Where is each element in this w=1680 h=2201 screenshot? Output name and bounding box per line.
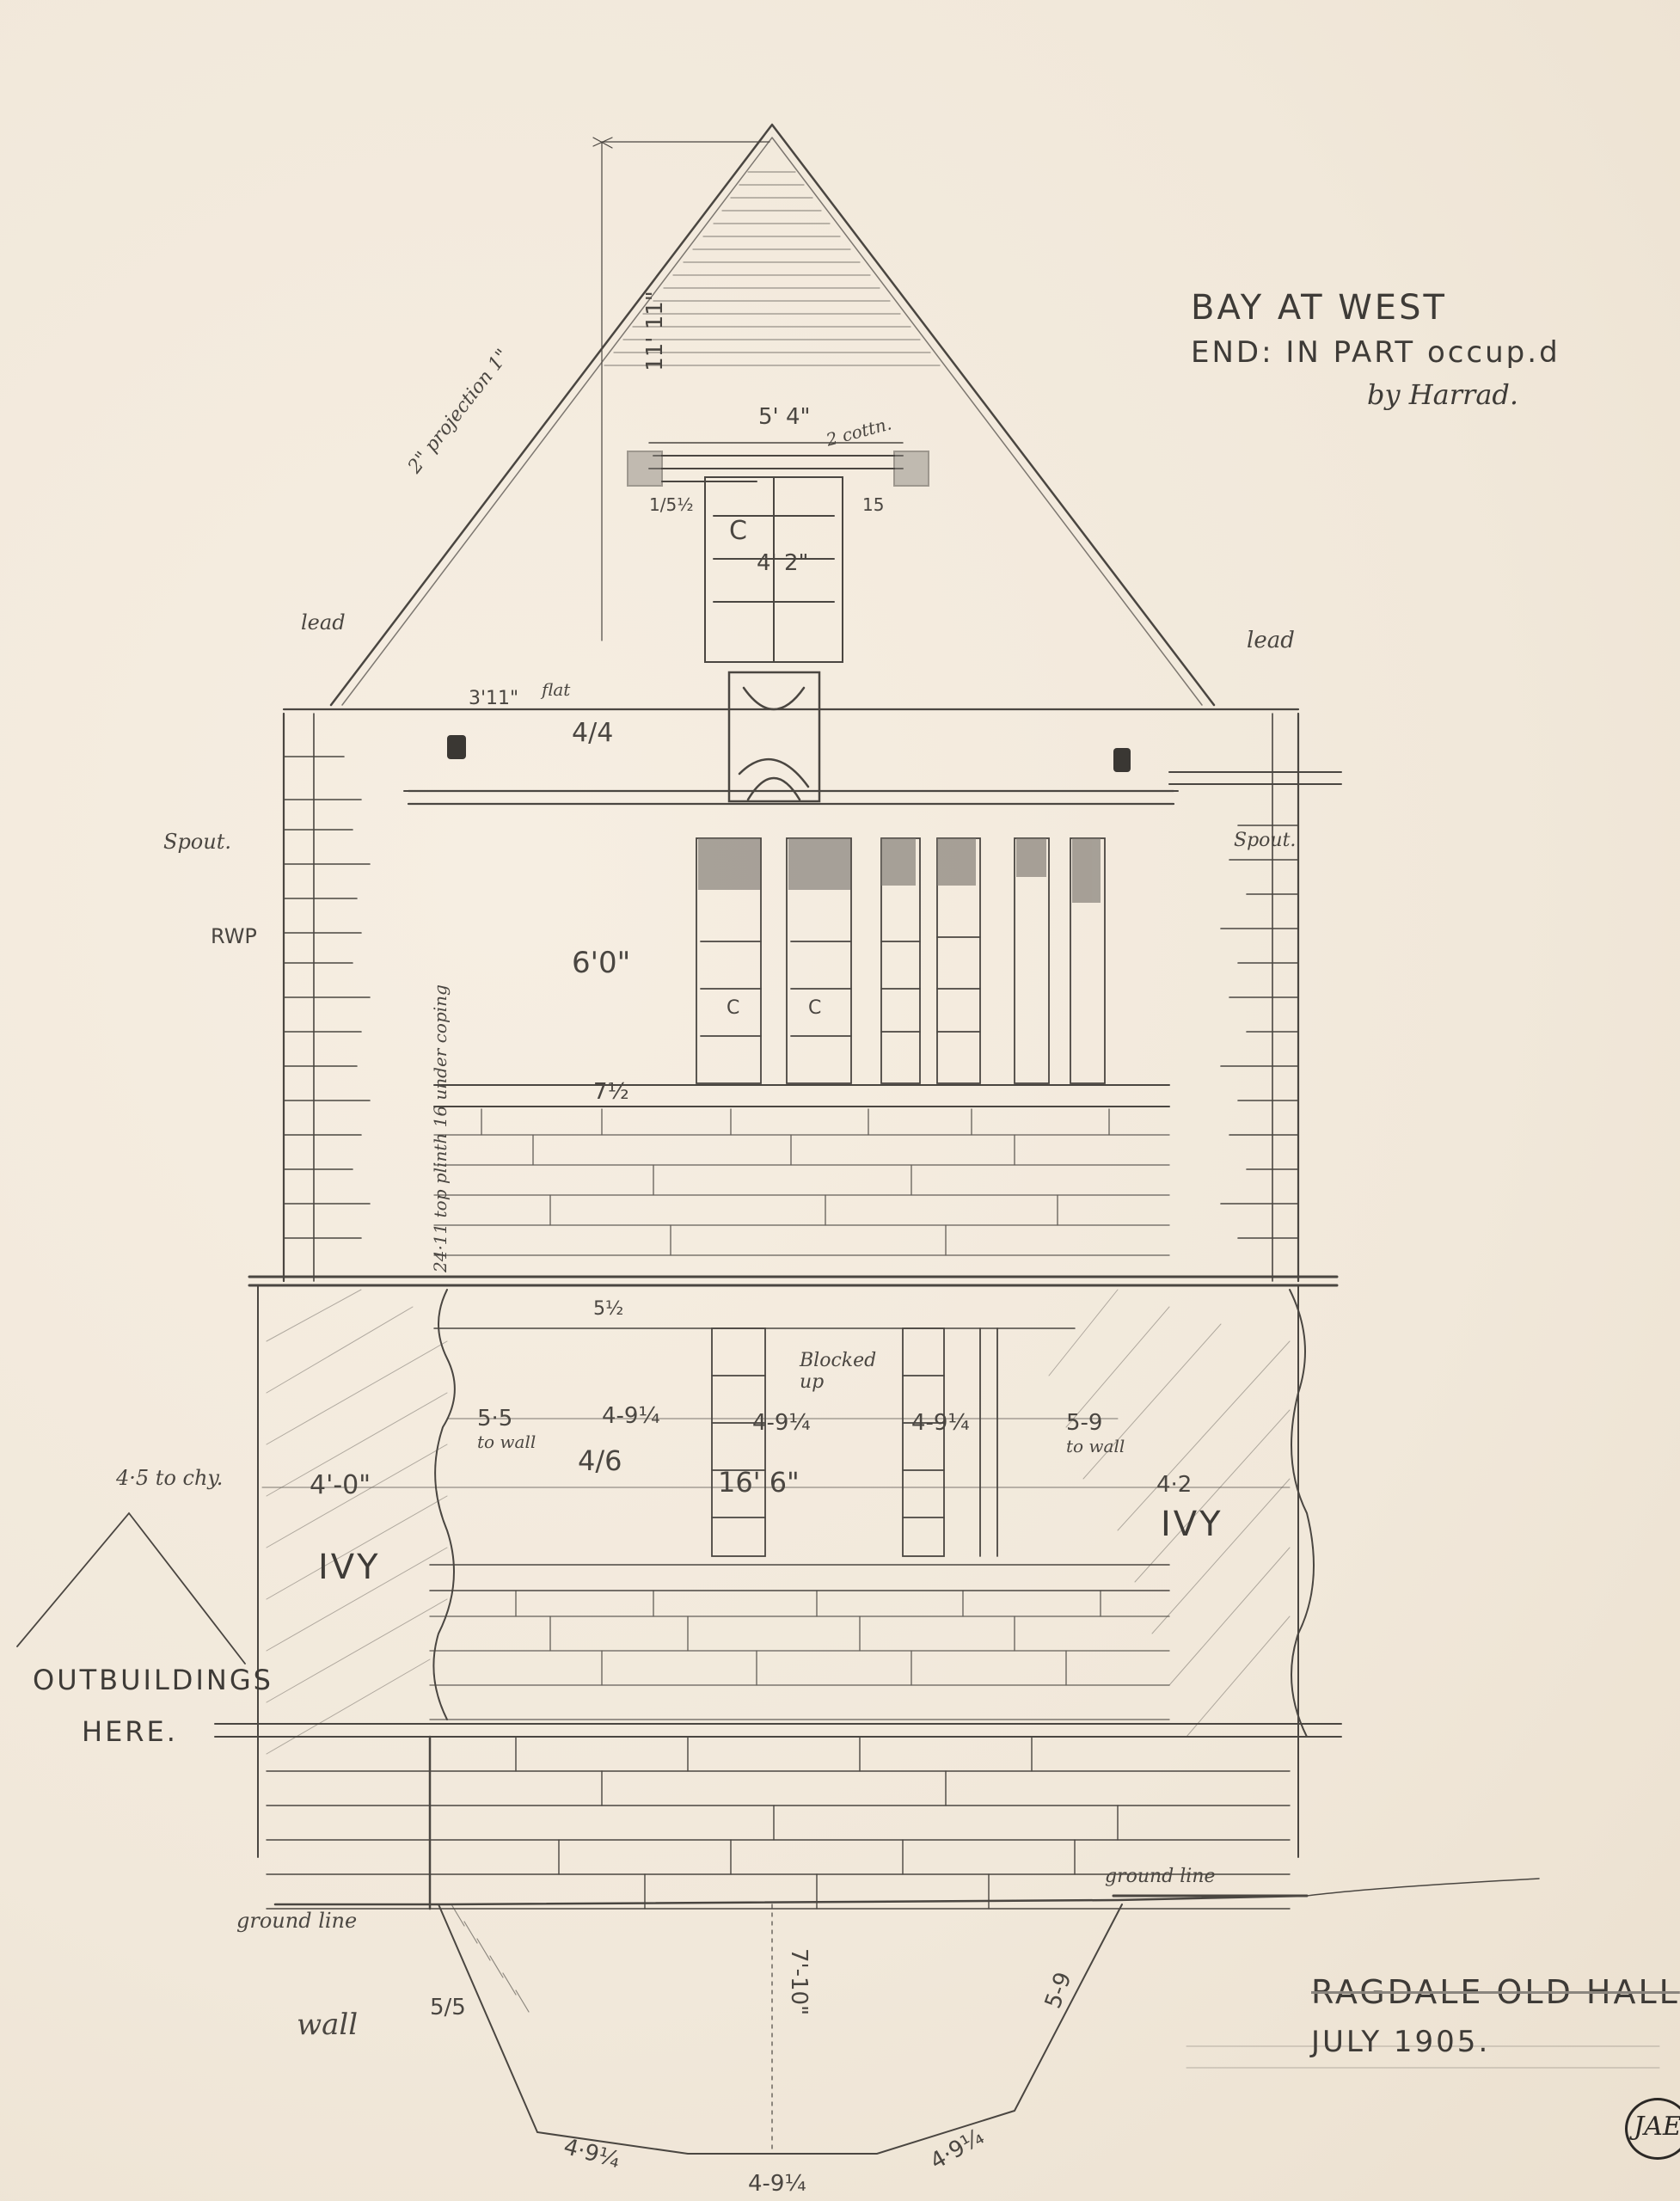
blocked-up-label: Blocked up bbox=[800, 1350, 860, 1393]
ivy-right-label: IVY bbox=[1161, 1505, 1223, 1544]
lower-span-1-dim: 5·5 bbox=[477, 1406, 512, 1432]
upper-height-dim: 6'0" bbox=[572, 946, 630, 980]
lead-left-label: lead bbox=[301, 610, 346, 635]
right-quoins bbox=[1221, 714, 1298, 1281]
bay-depth-dim: 7'-10" bbox=[786, 1948, 812, 2015]
to-chimney-label: 4·5 to chy. bbox=[116, 1466, 223, 1490]
parapet-dim: 4/4 bbox=[572, 718, 613, 748]
ivy-left-edge bbox=[433, 1290, 455, 1720]
ground-line-right-label: ground line bbox=[1105, 1866, 1216, 1887]
window-c-dormer: C bbox=[729, 516, 747, 546]
dormer-width-dim: 5' 4" bbox=[758, 404, 810, 430]
place-name: RAGDALE OLD HALL bbox=[1311, 1973, 1680, 2011]
dormer-inner-dim: 4' 2" bbox=[757, 550, 808, 576]
dormer-jamb-dim: 3'11" bbox=[469, 688, 518, 709]
rwp-label: RWP bbox=[211, 924, 257, 948]
lower-span-2-dim: 4-9¼ bbox=[602, 1403, 660, 1429]
dormer-side-right-dim: 15 bbox=[862, 494, 884, 515]
outbuildings-label: OUTBUILDINGS bbox=[33, 1664, 273, 1696]
lead-right-label: lead bbox=[1247, 628, 1295, 653]
drawing-date: JULY 1905. bbox=[1311, 2025, 1490, 2059]
ivy-right-edge bbox=[1290, 1290, 1314, 1737]
upper-sill-dim: 7½ bbox=[593, 1079, 629, 1105]
heading-line-3: by Harrad. bbox=[1367, 378, 1518, 411]
spout-left-label: Spout. bbox=[163, 830, 231, 854]
outbuildings-here-label: HERE. bbox=[82, 1715, 178, 1748]
plinth-mark-dim: 5½ bbox=[593, 1298, 623, 1320]
left-ivy-width-dim: 4'-0" bbox=[310, 1470, 371, 1500]
heading-line-2: END: IN PART occup.d bbox=[1191, 335, 1560, 370]
to-wall-left-label: to wall bbox=[477, 1432, 536, 1452]
spout-right-label: Spout. bbox=[1234, 830, 1296, 851]
window-c-upper-1: C bbox=[727, 997, 739, 1019]
gable-dimension bbox=[593, 138, 769, 641]
window-c-upper-2: C bbox=[808, 997, 821, 1019]
cornice bbox=[404, 772, 1341, 804]
window-head-hatching bbox=[698, 838, 1101, 903]
heading-line-1: BAY AT WEST bbox=[1191, 288, 1447, 328]
elevation-drawing bbox=[0, 0, 1680, 2201]
lower-span-4-dim: 4-9¼ bbox=[911, 1410, 970, 1436]
ivy-left-hatch bbox=[267, 1290, 447, 1754]
upper-storey bbox=[249, 709, 1337, 1285]
lower-span-3-dim: 4-9¼ bbox=[752, 1410, 811, 1436]
ivy-left-label: IVY bbox=[318, 1548, 381, 1587]
upper-stone-band bbox=[434, 1109, 1169, 1255]
gable-height-dim: 11' 11" bbox=[642, 291, 668, 371]
flat-label: flat bbox=[542, 679, 570, 700]
lower-height-1-dim: 4/6 bbox=[578, 1444, 622, 1477]
dimension-lines bbox=[262, 1419, 1659, 2068]
wall-label: wall bbox=[297, 2008, 358, 2042]
lower-height-2-dim: 16' 6" bbox=[718, 1466, 800, 1499]
bay-face-center-dim: 4-9¼ bbox=[748, 2171, 806, 2197]
ground-line bbox=[275, 1879, 1539, 1904]
outbuildings-sketch bbox=[17, 1513, 245, 1664]
carved-panel bbox=[729, 672, 819, 801]
bay-side-left-dim: 5/5 bbox=[430, 1995, 466, 2020]
to-wall-right-label: to wall bbox=[1066, 1436, 1125, 1456]
lower-span-5-dim: 5-9 bbox=[1066, 1410, 1102, 1436]
left-quoins bbox=[284, 714, 370, 1281]
ground-line-left-label: ground line bbox=[236, 1909, 357, 1933]
bay-plan bbox=[438, 1904, 1122, 2154]
middle-stone-band bbox=[430, 1591, 1169, 1720]
top-plinth-label: 24·11 top plinth 16 under coping bbox=[430, 984, 451, 1272]
right-ivy-width-dim: 4·2 bbox=[1156, 1472, 1192, 1498]
dormer-side-left-dim: 1/5½ bbox=[649, 494, 694, 515]
